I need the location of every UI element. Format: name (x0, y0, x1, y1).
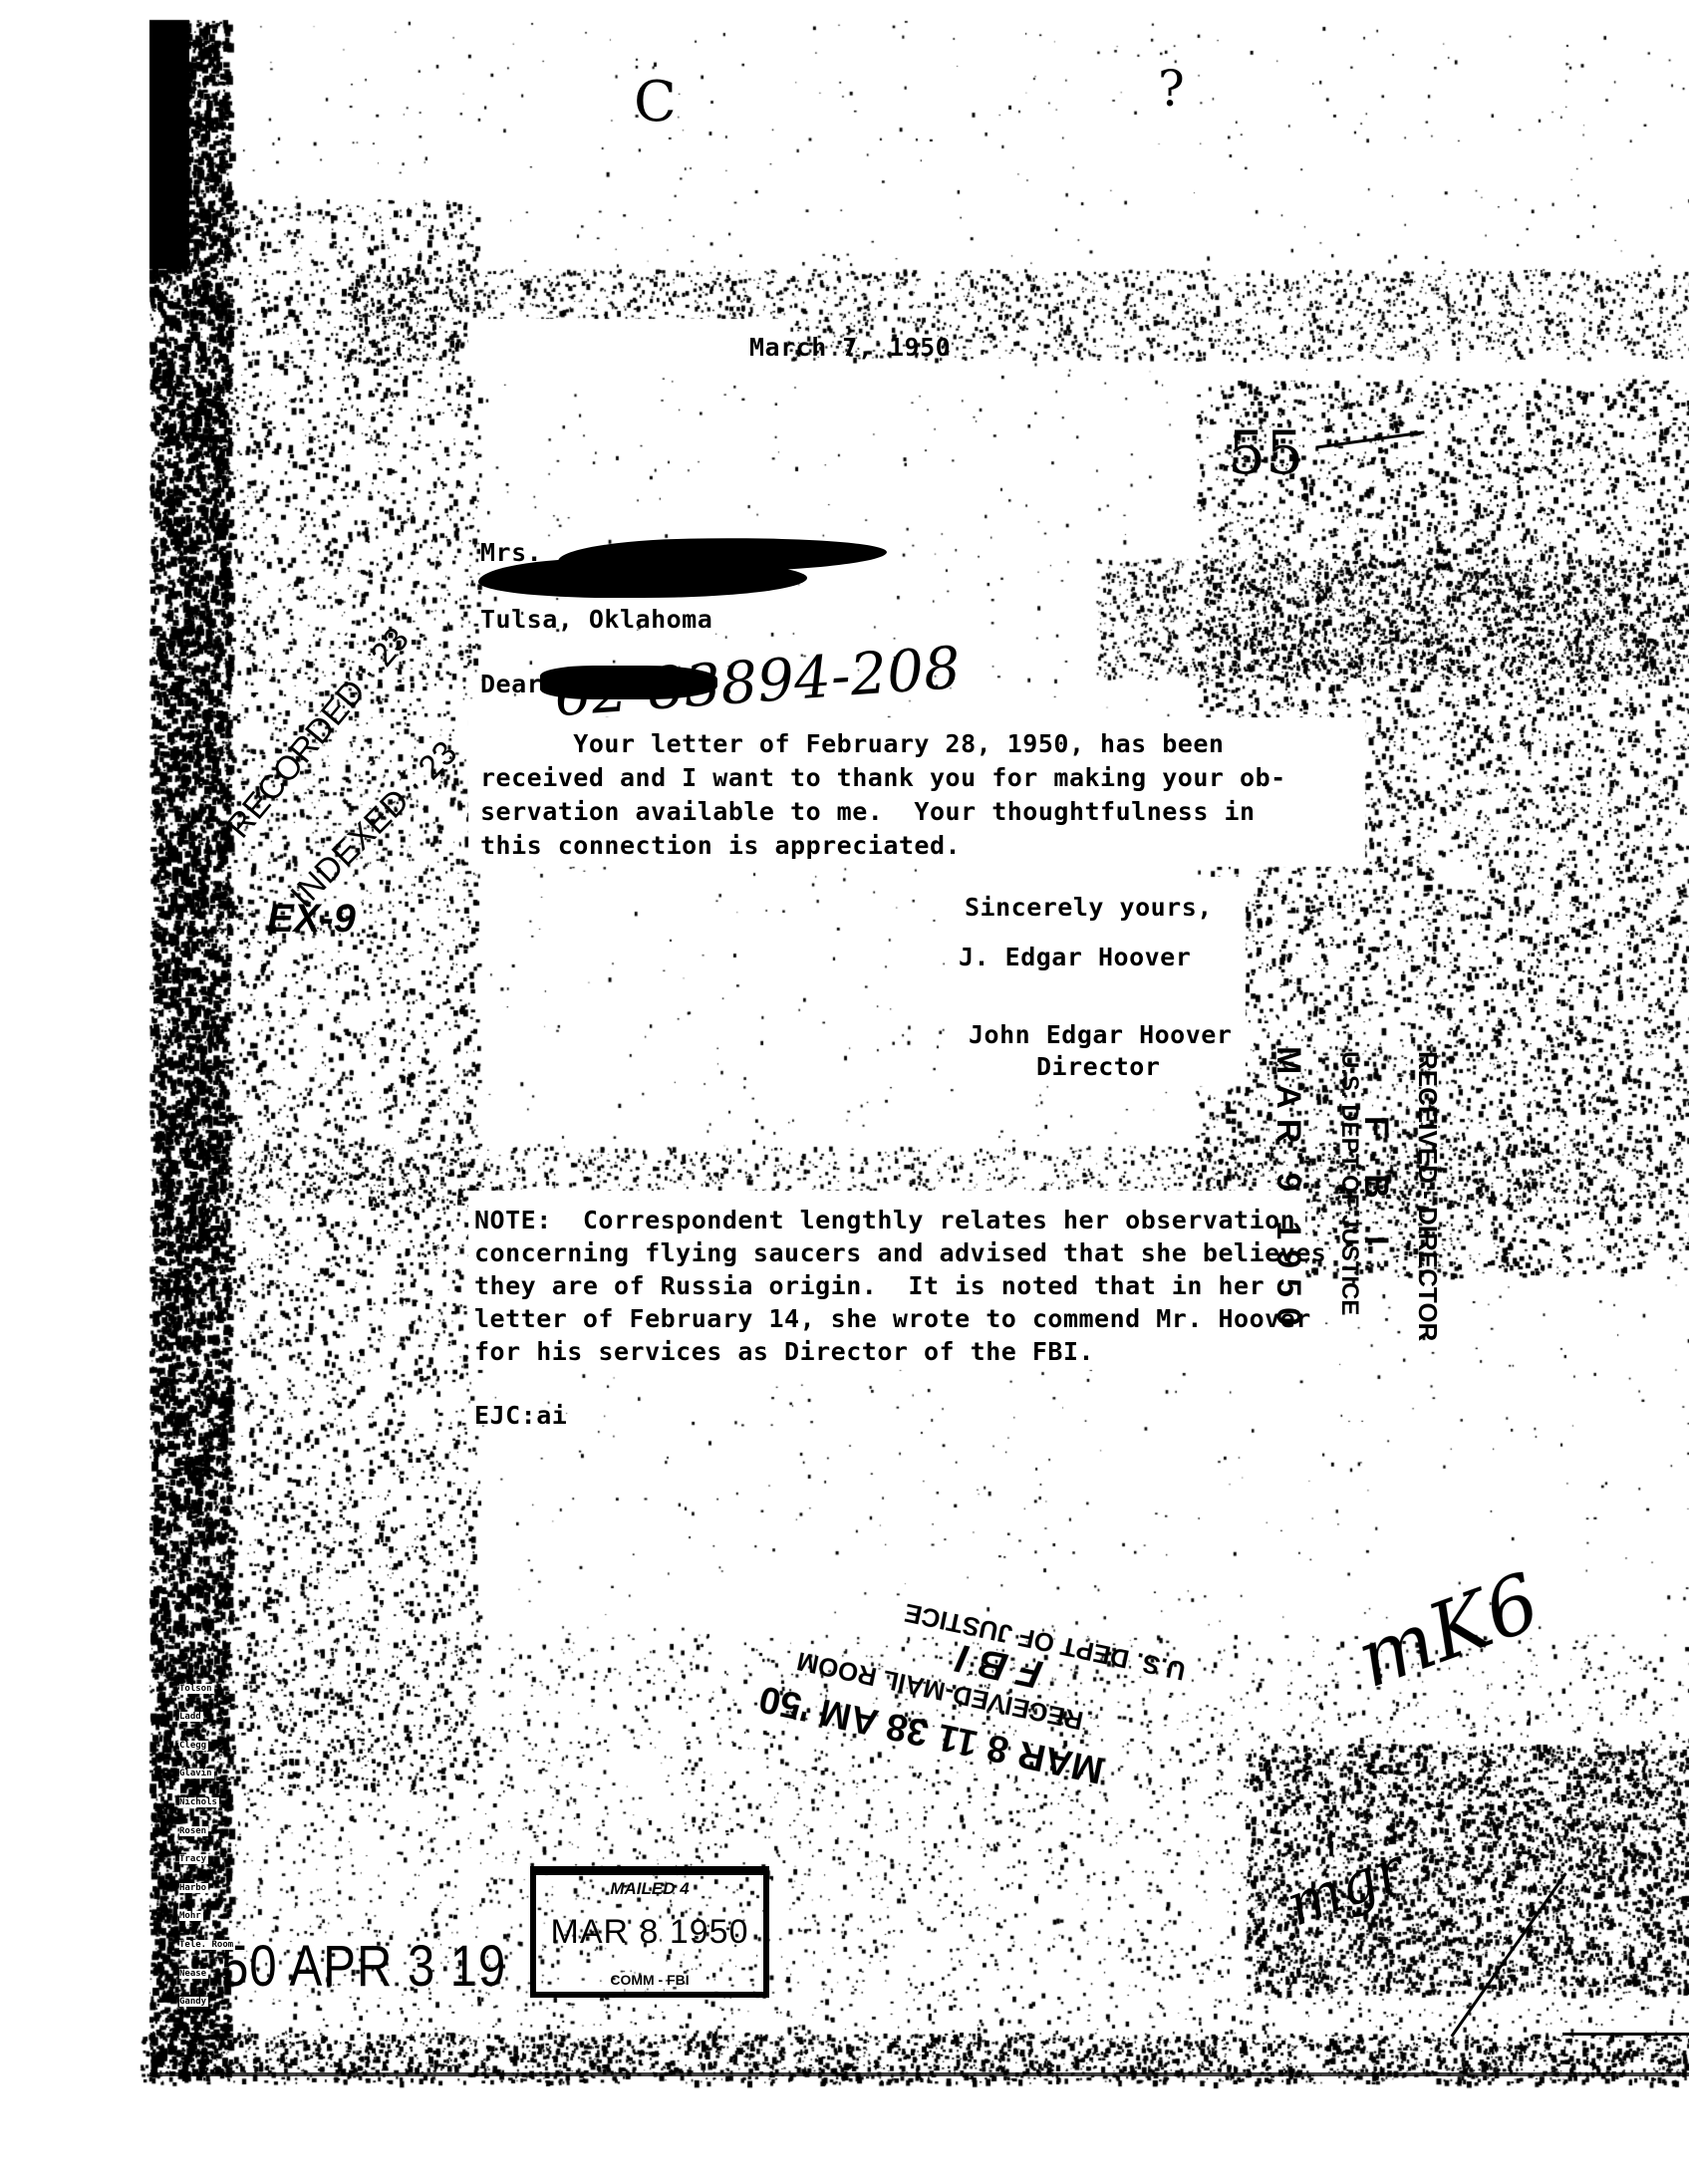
mail-room-stamp: U.S. DEPT OF JUSTICE F B I RECEIVED-MAIL… (703, 1542, 1251, 1845)
note-line-4: letter of February 14, she wrote to comm… (474, 1302, 1311, 1336)
routing-row: Tele. Room (179, 1925, 269, 1954)
typed-signature: J. Edgar Hoover (959, 941, 1191, 974)
routing-name: Gandy (179, 1997, 208, 2007)
handwritten-scrawl: mgr (1277, 1835, 1413, 1940)
routing-row: Glavin (179, 1755, 269, 1783)
note-line-1: NOTE: Correspondent lengthly relates her… (474, 1204, 1295, 1237)
typist-initials: EJC:ai (474, 1399, 567, 1433)
routing-name: Harbo (179, 1883, 208, 1893)
handwritten-initials-right: mK6 (1345, 1555, 1551, 1706)
routing-name: Nease (179, 1969, 208, 1979)
mail-room-dept-line: U.S. DEPT OF JUSTICE (902, 1597, 1189, 1687)
handwritten-mark-q: ? (1158, 60, 1185, 118)
body-line-4: this connection is appreciated. (480, 829, 961, 863)
routing-row: Mohr (179, 1897, 269, 1926)
routing-row: Nease (179, 1954, 269, 1983)
body-line-1: Your letter of February 28, 1950, has be… (480, 727, 1224, 761)
routing-row: Nichols (179, 1782, 269, 1811)
routing-name: Tracy (179, 1854, 208, 1864)
routing-name: Mohr (179, 1911, 203, 1921)
bottom-edge (149, 2072, 1689, 2076)
corner-diagonal-line (1451, 1872, 1567, 2038)
redaction-name-2 (478, 558, 807, 598)
received-date-line: MAR 9 1950 (1268, 1046, 1307, 1336)
mailed-label: MAILED 4 (536, 1879, 763, 1899)
routing-list: TolsonLaddCleggGlavinNicholsRosenTracyHa… (179, 1669, 269, 2011)
body-line-2: received and I want to thank you for mak… (480, 761, 1286, 795)
routing-row: Tolson (179, 1669, 269, 1698)
handwritten-serial-underline (1315, 430, 1424, 448)
mailed-footer: COMM - FBI (536, 1972, 763, 1988)
received-dept-line: U.S. DEPT OF JUSTICE (1335, 1051, 1363, 1315)
routing-name: Rosen (179, 1826, 208, 1836)
routing-name: Clegg (179, 1741, 208, 1751)
letter-date: March 7, 1950 (749, 331, 951, 365)
routing-row: Harbo (179, 1868, 269, 1897)
routing-name: Tolson (179, 1684, 214, 1694)
routing-name: Tele. Room (179, 1940, 235, 1950)
mailed-date: MAR 8 1950 (536, 1913, 763, 1952)
routing-row: Tracy (179, 1840, 269, 1869)
routing-row: Ladd (179, 1698, 269, 1727)
handwritten-mark-c: C (634, 70, 677, 135)
closing: Sincerely yours, (965, 891, 1213, 925)
note-line-2: concerning flying saucers and advised th… (474, 1236, 1326, 1270)
note-line-5: for his services as Director of the FBI. (474, 1335, 1094, 1369)
corner-horizontal-line (1562, 2033, 1689, 2036)
routing-row: Rosen (179, 1811, 269, 1840)
ex-stamp: EX-9 (267, 897, 356, 942)
routing-name: Nichols (179, 1797, 219, 1807)
note-line-3: they are of Russia origin. It is noted t… (474, 1269, 1265, 1303)
routing-name: Glavin (179, 1769, 214, 1778)
handwritten-file-number: 62-83894-208 (552, 634, 963, 729)
dear-line: Dear (480, 668, 542, 701)
routing-name: Ladd (179, 1712, 203, 1722)
routing-row: Gandy (179, 1983, 269, 2012)
signer-title: Director (1036, 1050, 1160, 1084)
signer-name: John Edgar Hoover (969, 1018, 1232, 1052)
received-director-line: RECEIVED - DIRECTOR (1412, 1051, 1443, 1341)
routing-row: Clegg (179, 1726, 269, 1755)
handwritten-serial: 55 (1228, 418, 1303, 488)
recipient-city: Tulsa, Oklahoma (480, 603, 712, 637)
body-line-3: servation available to me. Your thoughtf… (480, 795, 1256, 829)
mailed-stamp: MAILED 4 MAR 8 1950 COMM - FBI (530, 1866, 769, 1998)
